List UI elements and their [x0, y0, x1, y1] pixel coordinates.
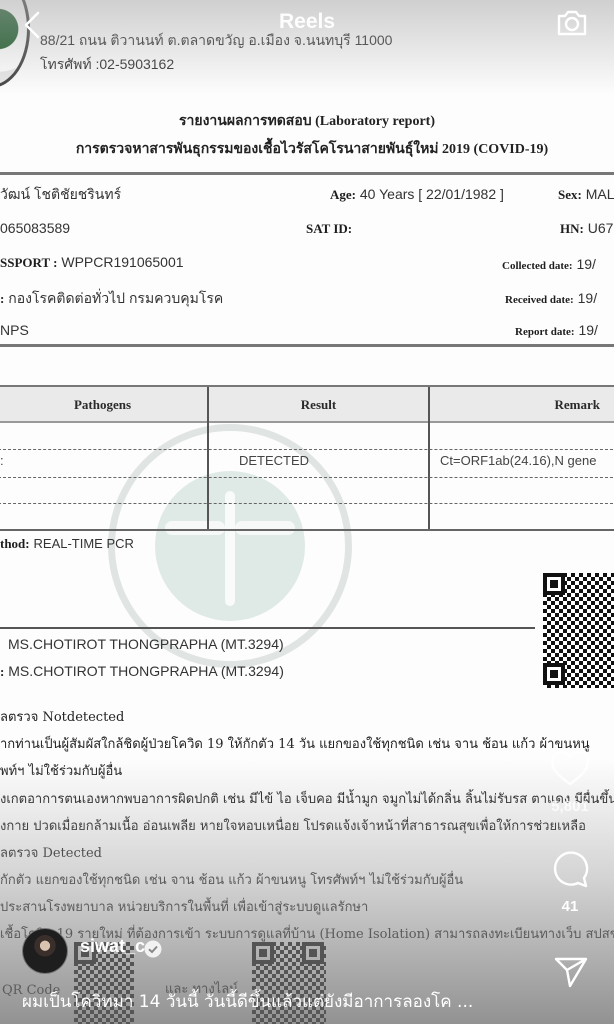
- approver-value: MS.CHOTIROT THONGPRAPHA (MT.3294): [8, 663, 284, 679]
- passport-value: WPPCR191065001: [61, 254, 183, 270]
- like-count[interactable]: 5,801: [540, 798, 600, 815]
- share-button[interactable]: [553, 955, 589, 989]
- table-row-remark: Ct=ORF1ab(24.16),N gene: [440, 453, 596, 468]
- avatar[interactable]: [22, 928, 68, 974]
- reel-caption[interactable]: ผมเป็นโควิทมา 14 วันนี้ วันนี้ดีขึ้นแล้ว…: [22, 988, 473, 1015]
- collected-label: Collected date:: [502, 260, 573, 272]
- received-value: 19/: [578, 290, 597, 306]
- header-remark: Remark: [430, 397, 614, 413]
- approver-name: : MS.CHOTIROT THONGPRAPHA (MT.3294): [0, 663, 284, 680]
- bottom-gradient-overlay: [0, 760, 614, 1024]
- advice-line: ากท่านเป็นผู้สัมผัสใกล้ชิดผู้ป่วยโควิด 1…: [0, 733, 590, 754]
- row-divider: [0, 477, 614, 478]
- report-title: รายงานผลการทดสอบ (Laboratory report): [0, 110, 614, 132]
- reporter-name: MS.CHOTIROT THONGPRAPHA (MT.3294): [8, 636, 284, 652]
- row-divider: [0, 449, 614, 450]
- collected-date: Collected date: 19/: [502, 256, 596, 272]
- divider: [0, 344, 614, 347]
- patient-name: วัฒน์ โชติชัยชรินทร์: [0, 184, 121, 206]
- collected-value: 19/: [576, 256, 595, 272]
- paper-plane-icon: [553, 955, 589, 989]
- age-value: 40 Years [ 22/01/1982 ]: [360, 186, 504, 202]
- passport: SSPORT : WPPCR191065001: [0, 254, 184, 271]
- signature-line: [0, 627, 535, 629]
- hn: HN: U67: [560, 220, 613, 237]
- report-qr-code: [543, 573, 614, 688]
- received-label: Received date:: [505, 294, 574, 306]
- reels-title: Reels: [0, 10, 614, 34]
- report-date-label: Report date:: [515, 326, 575, 338]
- method-value: REAL-TIME PCR: [34, 536, 134, 551]
- patient-sex: Sex: MAL: [558, 186, 614, 203]
- header-pathogens: Pathogens: [0, 397, 207, 413]
- camera-icon: [555, 6, 589, 40]
- table-row-result: DETECTED: [239, 453, 309, 468]
- heart-icon: [548, 748, 592, 788]
- age-label: Age:: [330, 187, 356, 202]
- row-divider: [0, 503, 614, 504]
- sex-label: Sex:: [558, 187, 582, 202]
- username[interactable]: siwat_c: [80, 936, 145, 957]
- table-row-pathogen: :: [0, 453, 4, 468]
- comment-button[interactable]: [550, 848, 590, 890]
- qr-finder: [543, 663, 565, 685]
- qr-finder: [543, 573, 565, 595]
- report-date: Report date: 19/: [515, 322, 598, 338]
- department-value: กองโรคติดต่อทั่วไป กรมควบคุมโรค: [8, 290, 223, 306]
- header-result: Result: [209, 397, 428, 413]
- verified-badge: [144, 940, 162, 958]
- comment-bubble-icon: [550, 848, 590, 890]
- chevron-left-icon: [20, 10, 46, 40]
- sat-id-label: SAT ID:: [306, 221, 352, 236]
- approver-prefix: :: [0, 664, 4, 679]
- report-subtitle: การตรวจหาสารพันธุกรรมของเชื้อไวรัสโคโรนา…: [0, 138, 614, 160]
- method: thod: REAL-TIME PCR: [0, 535, 134, 552]
- advice-line: ลตรวจ Notdetected: [0, 706, 124, 727]
- comment-count[interactable]: 41: [540, 898, 600, 915]
- like-button[interactable]: [548, 748, 592, 788]
- results-table: Pathogens Result Remark : DETECTED Ct=OR…: [0, 385, 614, 531]
- camera-button[interactable]: [555, 6, 589, 40]
- hn-value: U67: [588, 220, 614, 236]
- sex-value: MAL: [586, 186, 614, 202]
- patient-id: 065083589: [0, 220, 70, 236]
- verified-badge-icon: [144, 940, 162, 958]
- method-label: thod:: [0, 536, 30, 551]
- department-prefix: :: [0, 291, 4, 306]
- department: : กองโรคติดต่อทั่วไป กรมควบคุมโรค: [0, 288, 223, 310]
- report-date-value: 19/: [578, 322, 597, 338]
- hn-label: HN:: [560, 221, 584, 236]
- sat-id: SAT ID:: [306, 220, 352, 237]
- patient-age: Age: 40 Years [ 22/01/1982 ]: [330, 186, 504, 203]
- divider: [0, 172, 614, 175]
- passport-label: SSPORT :: [0, 255, 57, 270]
- specimen-type: NPS: [0, 322, 29, 338]
- received-date: Received date: 19/: [505, 290, 597, 306]
- back-button[interactable]: [20, 10, 46, 40]
